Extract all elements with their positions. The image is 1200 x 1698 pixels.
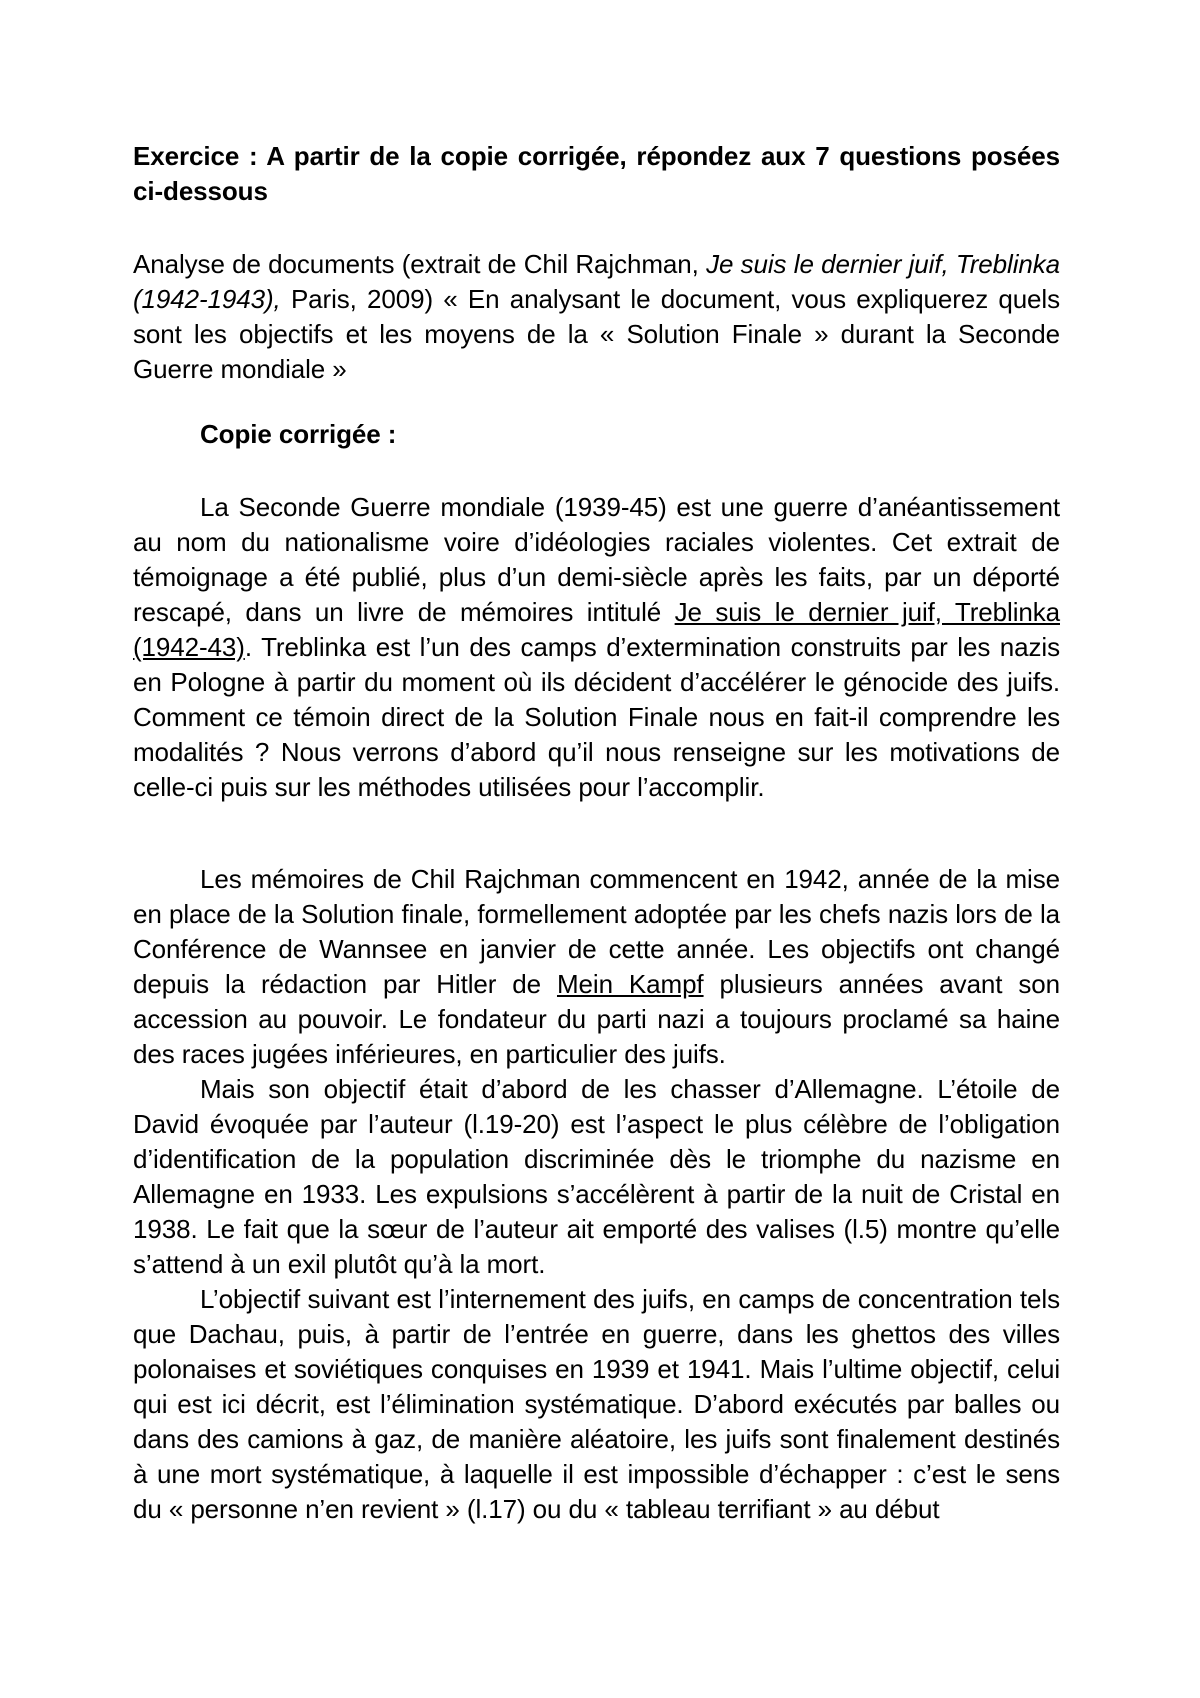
text-run: Analyse de documents (extrait de Chil Ra… (133, 249, 706, 279)
text-run: Copie corrigée : (200, 419, 396, 449)
assignment-paragraph: Analyse de documents (extrait de Chil Ra… (133, 247, 1060, 387)
text-run: L’objectif suivant est l’internement des… (133, 1284, 1060, 1524)
book-title-underlined: Mein Kampf (557, 969, 704, 999)
body-paragraph-objectif-internement: L’objectif suivant est l’internement des… (133, 1282, 1060, 1527)
copie-corrigee-heading: Copie corrigée : (133, 417, 1060, 452)
exercise-heading: Exercice : A partir de la copie corrigée… (133, 139, 1060, 209)
text-run: Exercice : A partir de la copie corrigée… (133, 141, 1060, 206)
intro-paragraph: La Seconde Guerre mondiale (1939-45) est… (133, 490, 1060, 805)
text-run: . Treblinka est l’un des camps d’extermi… (133, 632, 1060, 802)
body-paragraph-objectif-chasser: Mais son objectif était d’abord de les c… (133, 1072, 1060, 1282)
document-content: Exercice : A partir de la copie corrigée… (133, 139, 1060, 1527)
text-run: Mais son objectif était d’abord de les c… (133, 1074, 1060, 1279)
body-paragraph-memoires: Les mémoires de Chil Rajchman commencent… (133, 862, 1060, 1072)
document-page: Exercice : A partir de la copie corrigée… (0, 0, 1200, 1698)
